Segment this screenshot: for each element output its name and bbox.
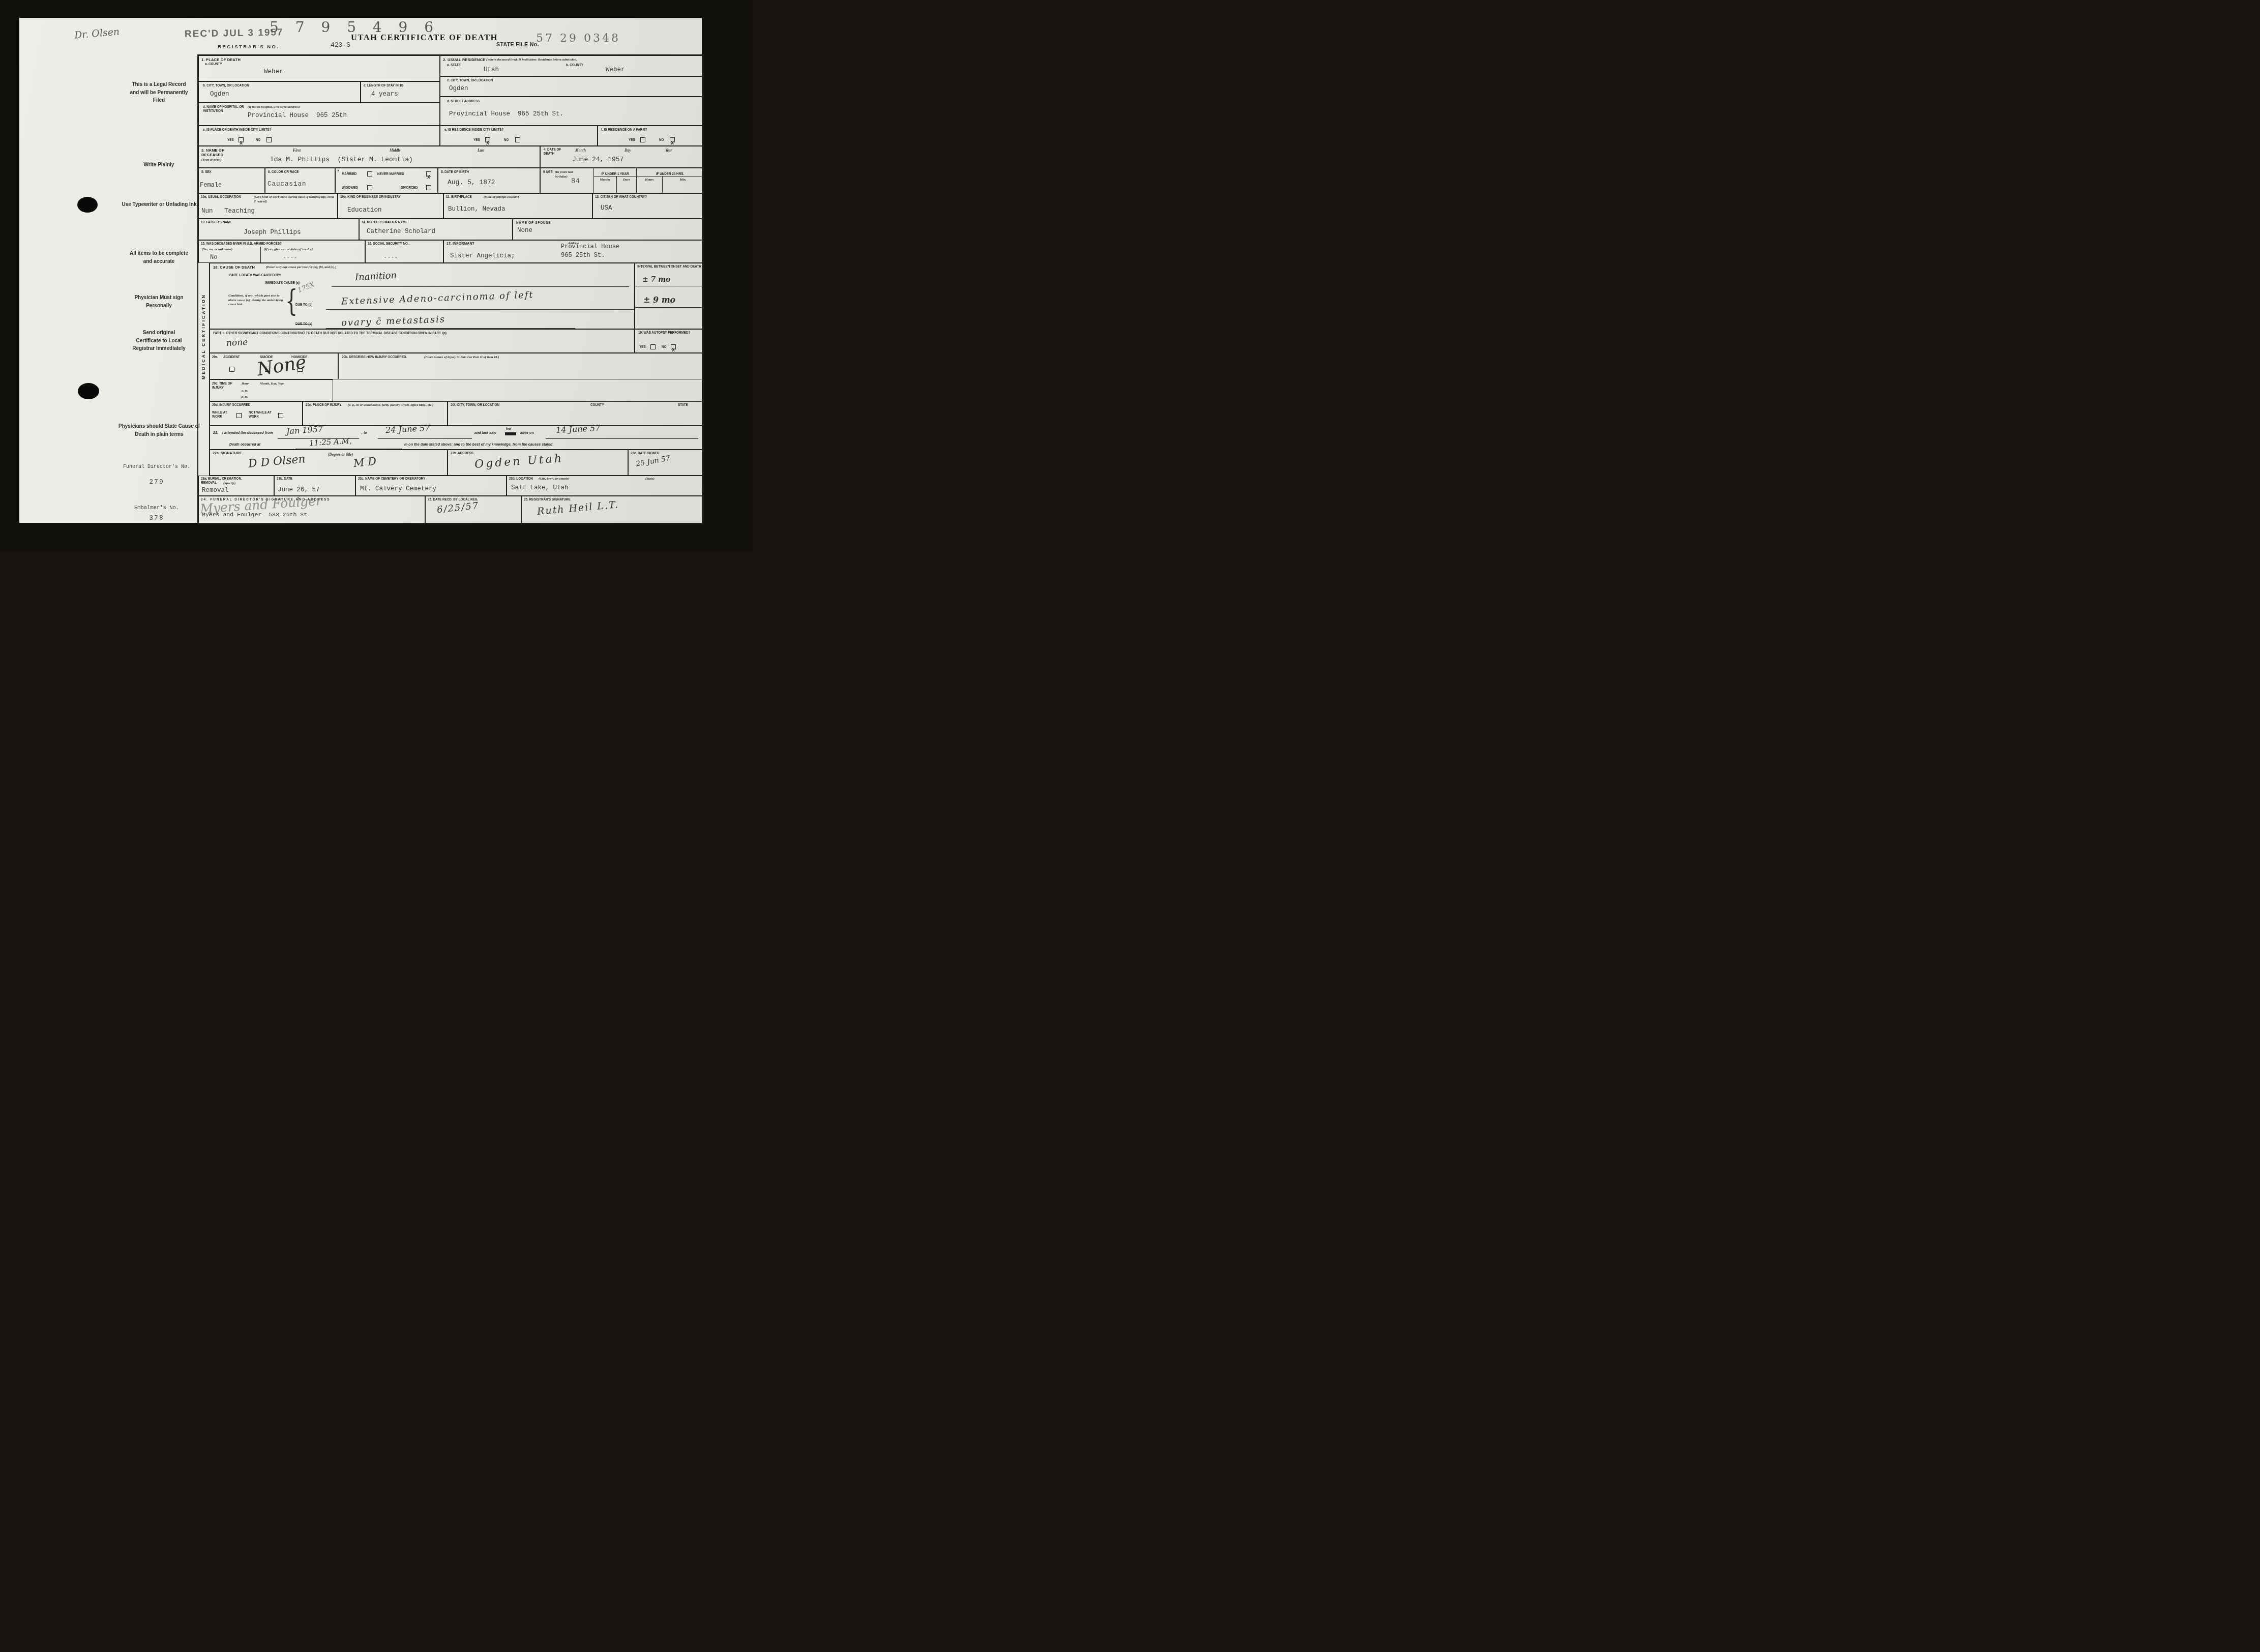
- cell-22c: 22c. DATE SIGNED 25 Jun 57: [628, 450, 703, 476]
- s2e-label: e. IS RESIDENCE INSIDE CITY LIMITS?: [444, 128, 503, 132]
- s7-never-married-mark: X: [427, 175, 430, 180]
- s18-due-c-label: DUE TO (c): [295, 322, 312, 327]
- s2a-label: a. STATE: [447, 64, 461, 68]
- s21-text2: , to: [362, 431, 367, 436]
- s14-value: Catherine Scholard: [367, 228, 435, 235]
- s19-yes-label: YES: [639, 345, 646, 349]
- s1e-label: e. IS PLACE OF DEATH INSIDE CITY LIMITS?: [203, 128, 271, 132]
- s2e-yes-label: YES: [473, 138, 480, 142]
- cell-23a: 23a. BURIAL, CREMATION, REMOVAL (Specify…: [198, 476, 274, 496]
- margin-write-plainly: Write Plainly: [127, 161, 191, 169]
- cell-22b: 22b. ADDRESS Ogden Utah: [448, 450, 628, 476]
- registrars-no-value: 423-S: [331, 41, 350, 49]
- s22a-degree-value: M D: [353, 455, 377, 470]
- s21-text6: m on the date stated above; and to the b…: [404, 443, 554, 448]
- s2c-label: c. CITY, TOWN, OR LOCATION: [447, 79, 493, 83]
- s17-value: Sister Angelicia;: [450, 252, 515, 259]
- s23b-value: June 26, 57: [278, 486, 320, 493]
- s23b-title: 23b. DATE: [277, 477, 292, 481]
- s22c-value: 25 Jun 57: [635, 454, 671, 468]
- received-stamp: REC'D JUL 3 1957: [185, 27, 284, 40]
- s2f-label: f. IS RESIDENCE ON A FARM?: [601, 128, 647, 132]
- s18-part1: PART I. DEATH WAS CAUSED BY:: [229, 274, 281, 278]
- cell-7: 7 MARRIED NEVER MARRIED X WIDOWED DIVORC…: [335, 168, 438, 193]
- s23d-state-hint: (State): [645, 477, 655, 482]
- cell-1d: d. NAME OF HOSPITAL OR INSTITUTION (If n…: [198, 103, 440, 126]
- s21-text1: I attended the deceased from: [222, 431, 273, 436]
- cell-2c: c. CITY, TOWN, OR LOCATION Ogden: [440, 76, 703, 97]
- s9-under1-header: IF UNDER 1 YEAR: [593, 168, 636, 176]
- cell-2d: d. STREET ADDRESS Provincial House 965 2…: [440, 97, 703, 126]
- s3-title: 3. NAME OF DECEASED: [201, 148, 240, 157]
- cell-25: 25. DATE RECD. BY LOCAL REG. 6/25/57: [425, 496, 521, 523]
- s23c-title: 23c. NAME OF CEMETERY OR CREMATORY: [358, 477, 425, 481]
- s18-interval-b: ± 9 mo: [643, 295, 675, 305]
- s16-value: ----: [383, 254, 398, 261]
- s18-line-a: [332, 286, 629, 287]
- cell-26: 26. REGISTRAR'S SIGNATURE Ruth Heil L.T.: [521, 496, 703, 523]
- s9-months-label: Months: [594, 178, 616, 183]
- s9-under24-header: IF UNDER 24 HRS.: [636, 168, 703, 176]
- s2f-no-checkbox: X: [670, 137, 675, 142]
- certificate-form: 1. PLACE OF DEATH a. COUNTY Weber b. CIT…: [197, 54, 704, 524]
- s3-last-label: Last: [478, 148, 484, 153]
- s23a-value: Removal: [202, 487, 229, 494]
- s11-value: Bullion, Nevada: [448, 205, 505, 213]
- margin-legal-record: This is a Legal Record and will be Perma…: [127, 81, 191, 105]
- s26-title: 26. REGISTRAR'S SIGNATURE: [524, 498, 571, 502]
- s17-address2: 965 25th St.: [561, 252, 605, 259]
- s20f-county-label: COUNTY: [590, 403, 604, 407]
- s21-line3: [546, 438, 698, 439]
- spouse-title: NAME OF SPOUSE: [516, 221, 551, 225]
- s21-her-smudge: [505, 432, 516, 435]
- cell-1b: b. CITY, TOWN, OR LOCATION Ogden: [198, 81, 361, 103]
- s1a-value: Weber: [264, 68, 283, 75]
- s2e-no-label: NO: [504, 138, 509, 142]
- s11-title: 11. BIRTHPLACE: [446, 195, 472, 199]
- cell-18: 18. CAUSE OF DEATH [Enter only one cause…: [210, 263, 635, 329]
- s10b-title: 10b. KIND OF BUSINESS OR INDUSTRY: [340, 195, 401, 199]
- s21-text5: Death occurred at: [229, 443, 260, 448]
- margin-send-original: Send original Certificate to Local Regis…: [130, 329, 188, 353]
- cell-1e: e. IS PLACE OF DEATH INSIDE CITY LIMITS?…: [198, 126, 440, 146]
- scanned-document: Dr. Olsen This is a Legal Record and wil…: [0, 0, 753, 551]
- s2d-label: d. STREET ADDRESS: [447, 100, 480, 104]
- s11-hint: (State or foreign country): [484, 195, 519, 200]
- s7-married-label: MARRIED: [342, 172, 356, 176]
- cell-20d: 20d. INJURY OCCURRED WHILE AT WORK NOT W…: [210, 401, 303, 426]
- s10a-hint: (Give kind of work done during most of w…: [254, 195, 335, 204]
- s7-never-married-label: NEVER MARRIED: [377, 172, 404, 176]
- s23d-title: 23d. LOCATION: [509, 477, 533, 481]
- cell-1a: 1. PLACE OF DEATH a. COUNTY Weber: [198, 55, 440, 81]
- s2-title: 2. USUAL RESIDENCE: [443, 57, 485, 62]
- s2-title-hint: (Where deceased lived. If institution: R…: [486, 58, 700, 63]
- margin-plain-terms: Physicians should State Cause of Death i…: [116, 423, 202, 438]
- s10a-title: 10a. USUAL OCCUPATION: [201, 195, 241, 199]
- s22b-value: Ogden Utah: [474, 452, 563, 471]
- s20f-title: 20f. CITY, TOWN, OR LOCATION: [451, 403, 499, 407]
- s12-value: USA: [601, 204, 612, 212]
- s9-hours-cell: Hours: [636, 176, 662, 194]
- s23d-value: Salt Lake, Utah: [511, 484, 569, 491]
- s1c-label: c. LENGTH OF STAY IN 1b: [364, 84, 403, 88]
- s4-title: 4. DATE OF DEATH: [544, 148, 567, 156]
- cell-19: 19. WAS AUTOPSY PERFORMED? YES NO X: [635, 329, 703, 353]
- s22a-degree-label: (Degree or title): [328, 452, 353, 457]
- s1e-no-checkbox: [266, 137, 272, 142]
- s20d-title: 20d. INJURY OCCURRED: [212, 403, 250, 407]
- s21-line2: [378, 438, 472, 439]
- s2a-value: Utah: [484, 66, 499, 73]
- punch-hole-bottom: [78, 383, 99, 399]
- medical-certification-strip: MEDICAL CERTIFICATION: [198, 263, 210, 476]
- s9-under1-label: IF UNDER 1 YEAR: [601, 172, 629, 176]
- s15-hint1: (Yes, no, or unknown): [202, 248, 258, 252]
- s2e-yes-checkbox: X: [485, 137, 490, 142]
- s1c-value: 4 years: [371, 91, 398, 98]
- s4-year-label: Year: [665, 148, 672, 153]
- s18-interval-line-a: [635, 286, 703, 286]
- s18-interval-line-b: [635, 307, 703, 308]
- s18-c-value: ovary c̄ metastasis: [341, 314, 446, 328]
- s15-value1: No: [210, 254, 217, 261]
- cell-5: 5. SEX Female: [198, 168, 265, 193]
- s19-yes-checkbox: [650, 344, 656, 349]
- s1e-yes-label: YES: [227, 138, 234, 142]
- s5-title: 5. SEX: [201, 170, 212, 174]
- s2e-yes-mark: X: [486, 141, 489, 145]
- s1a-label: a. COUNTY: [205, 63, 222, 67]
- cell-16: 16. SOCIAL SECURITY NO. ----: [365, 240, 443, 263]
- s7-widowed-label: WIDOWED: [342, 186, 358, 190]
- s23c-value: Mt. Calvery Cemetery: [360, 485, 436, 492]
- s19-no-label: NO: [662, 345, 666, 349]
- cell-20f: 20f. CITY, TOWN, OR LOCATION COUNTY STAT…: [448, 401, 703, 426]
- s7-divorced-label: DIVORCED: [401, 186, 418, 190]
- s18-conditions: Conditions, if any, which gave rise to a…: [228, 294, 285, 307]
- s23a-hint: (Specify): [223, 482, 235, 486]
- s7-widowed-checkbox: [367, 185, 372, 190]
- s20b-title: 20b. DESCRIBE HOW INJURY OCCURRED.: [342, 356, 407, 360]
- s18-due-b-label: DUE TO (b): [295, 303, 312, 307]
- s21-value2: 24 June 57: [385, 423, 430, 435]
- s9-hint: (In years last birthday): [555, 170, 585, 179]
- s20c-am-label: a. m.: [242, 389, 248, 394]
- cell-12: 12. CITIZEN OF WHAT COUNTRY? USA: [592, 193, 703, 219]
- s8-value: Aug. 5, 1872: [448, 179, 495, 186]
- s18-title-hint: [Enter only one cause per line for (a), …: [266, 265, 336, 270]
- s16-title: 16. SOCIAL SECURITY NO.: [368, 242, 409, 246]
- s7-never-married-checkbox: X: [426, 171, 431, 176]
- part2-title: PART II. OTHER SIGNIFICANT CONDITIONS CO…: [213, 332, 620, 336]
- state-file-label: STATE FILE No.: [496, 42, 539, 48]
- s21-line4: [295, 449, 402, 449]
- s6-title: 6. COLOR OR RACE: [268, 170, 299, 174]
- cell-6: 6. COLOR OR RACE Caucasian: [265, 168, 335, 193]
- s17-address-label: Address: [568, 242, 579, 246]
- s10b-value: Education: [347, 206, 382, 214]
- s9-value: 84: [571, 178, 580, 186]
- s1b-label: b. CITY, TOWN, OR LOCATION: [203, 84, 249, 88]
- s15-value2: ----: [283, 254, 298, 261]
- s9-days-label: Days: [617, 178, 636, 183]
- state-file-no: 57 29 0348: [536, 32, 620, 45]
- s19-no-mark: X: [672, 348, 675, 352]
- s18-interval-a: ± 7 mo: [642, 276, 670, 284]
- s20b-hint: (Enter nature of injury in Part I or Par…: [424, 356, 499, 360]
- s2f-no-label: NO: [659, 138, 664, 142]
- s20c-mdy-label: Month, Day, Year: [260, 382, 284, 387]
- s18-a-value: Inanition: [355, 270, 397, 283]
- s2b-label: b. COUNTY: [566, 64, 583, 68]
- cell-23c: 23c. NAME OF CEMETERY OR CREMATORY Mt. C…: [355, 476, 507, 496]
- cell-18-interval: INTERVAL BETWEEN ONSET AND DEATH ± 7 mo …: [635, 263, 703, 329]
- margin-handwritten-note: Dr. Olsen: [74, 26, 120, 41]
- part2-value: none: [226, 337, 248, 348]
- s8-title: 8. DATE OF BIRTH: [441, 170, 469, 174]
- s3-middle-label: Middle: [390, 148, 401, 153]
- cell-spouse: NAME OF SPOUSE None: [513, 219, 703, 240]
- s15-hint2: (If yes, give war or dates of service): [264, 248, 361, 252]
- embalmer-no: 378: [113, 514, 200, 522]
- s21-her: her: [506, 427, 512, 432]
- cell-2ab: 2. USUAL RESIDENCE (Where deceased lived…: [440, 55, 703, 76]
- embalmer-no-label: Embalmer's No.: [113, 505, 200, 511]
- s2c-value: Ogden: [449, 85, 468, 92]
- margin-use-typewriter: Use Typewriter or Unfading Ink: [121, 201, 197, 209]
- s4-day-label: Day: [625, 148, 631, 153]
- s20d-while-checkbox: [236, 413, 242, 418]
- cell-3: 3. NAME OF DECEASED (Type or print) Firs…: [198, 146, 540, 168]
- cell-2e: e. IS RESIDENCE INSIDE CITY LIMITS? YES …: [440, 126, 598, 146]
- cell-13: 13. FATHER'S NAME Joseph Phillips: [198, 219, 359, 240]
- s18-title: 18. CAUSE OF DEATH: [213, 265, 255, 270]
- cell-1c: c. LENGTH OF STAY IN 1b 4 years: [361, 81, 440, 103]
- certificate-title: UTAH CERTIFICATE OF DEATH: [351, 33, 498, 43]
- s2f-yes-label: YES: [629, 138, 635, 142]
- s3-first-label: First: [293, 148, 301, 153]
- s22b-title: 22b. ADDRESS: [451, 452, 473, 456]
- cell-22a: 22a. SIGNATURE (Degree or title) D D Ols…: [210, 450, 448, 476]
- cell-20b: 20b. DESCRIBE HOW INJURY OCCURRED. (Ente…: [338, 353, 703, 379]
- cell-part2: PART II. OTHER SIGNIFICANT CONDITIONS CO…: [210, 329, 635, 353]
- cell-2f: f. IS RESIDENCE ON A FARM? YES NO X: [598, 126, 703, 146]
- s6-value: Caucasian: [267, 181, 307, 188]
- funeral-director-no-label: Funeral Director's No.: [116, 464, 197, 470]
- s9-hours-label: Hours: [637, 178, 662, 183]
- s7-married-checkbox: [367, 171, 372, 176]
- s2b-value: Weber: [606, 66, 625, 73]
- s9-title: 9 AGE: [543, 170, 553, 174]
- s21-value1: Jan 1957: [286, 424, 323, 436]
- s12-title: 12. CITIZEN OF WHAT COUNTRY?: [595, 195, 647, 199]
- s3-hint: (Type or print): [201, 158, 222, 163]
- cell-10a: 10a. USUAL OCCUPATION (Give kind of work…: [198, 193, 338, 219]
- registrars-no-label: REGISTRAR'S NO.: [218, 44, 280, 50]
- s18-line-b: [326, 309, 634, 310]
- s9-min-label: Min.: [663, 178, 703, 183]
- s10a-value: Nun Teaching: [201, 208, 255, 215]
- cell-8: 8. DATE OF BIRTH Aug. 5, 1872: [438, 168, 540, 193]
- s9-months-cell: Months: [593, 176, 616, 194]
- cell-10b: 10b. KIND OF BUSINESS OR INDUSTRY Educat…: [338, 193, 443, 219]
- s5-value: Female: [200, 182, 222, 189]
- s9-under24-label: IF UNDER 24 HRS.: [656, 172, 684, 176]
- s18-b-value: Extensive Adeno-carcinoma of left: [341, 289, 534, 307]
- s1d-value: Provincial House 965 25th: [248, 112, 347, 119]
- s20d-while-label: WHILE AT WORK: [212, 411, 234, 419]
- cell-24: 24. FUNERAL DIRECTOR'S SIGNATURE AND ADD…: [198, 496, 425, 523]
- s3-value: Ida M. Phillips (Sister M. Leontia): [270, 156, 413, 163]
- spouse-value: None: [517, 227, 532, 234]
- s7-divorced-checkbox: [426, 185, 431, 190]
- cell-14: 14. MOTHER'S MAIDEN NAME Catherine Schol…: [359, 219, 513, 240]
- s2d-value: Provincial House 965 25th St.: [449, 110, 563, 117]
- s1e-yes-mark: X: [240, 141, 243, 145]
- cell-21: 21. I attended the deceased from Jan 195…: [210, 426, 703, 450]
- cell-20e: 20e. PLACE OF INJURY (e. g., in or about…: [303, 401, 448, 426]
- s20f-state-label: STATE: [678, 403, 688, 407]
- s4-month-label: Month: [575, 148, 586, 153]
- cell-23b: 23b. DATE June 26, 57: [274, 476, 355, 496]
- s21-number: 21.: [213, 431, 218, 436]
- s23d-hint: (City, town, or county): [539, 477, 570, 482]
- s13-title: 13. FATHER'S NAME: [201, 221, 232, 225]
- s1b-value: Ogden: [210, 91, 229, 98]
- s20a-accident-checkbox: [229, 367, 234, 372]
- s21-text3: and last saw: [474, 431, 496, 436]
- s22c-title: 22c. DATE SIGNED: [631, 452, 660, 456]
- cell-17: 17. INFORMANT Provincial House Address S…: [443, 240, 703, 263]
- s15-divider: [260, 247, 261, 263]
- s20c-hour-label: Hour: [242, 382, 249, 387]
- s21-value4: 11:25 A.M,: [309, 436, 352, 448]
- s19-title: 19. WAS AUTOPSY PERFORMED?: [638, 331, 699, 335]
- s21-value3: 14 June 57: [556, 423, 601, 435]
- s17-title: 17. INFORMANT: [447, 242, 474, 247]
- s18-brace: {: [285, 284, 298, 318]
- s15-title: 15. WAS DECEASED EVER IN U.S. ARMED FORC…: [201, 242, 282, 246]
- s2f-no-mark: X: [671, 141, 674, 145]
- margin-all-items: All items to be complete and accurate: [127, 250, 191, 265]
- punch-hole-top: [77, 197, 98, 213]
- s20d-notwhile-label: NOT WHILE AT WORK: [249, 411, 275, 419]
- cell-23d: 23d. LOCATION (City, town, or county) (S…: [507, 476, 703, 496]
- cell-4: 4. DATE OF DEATH Month Day Year June 24,…: [540, 146, 703, 168]
- s21-text4: alive on: [520, 431, 534, 436]
- s20d-notwhile-checkbox: [278, 413, 283, 418]
- s9-days-cell: Days: [616, 176, 636, 194]
- s1-title: 1. PLACE OF DEATH: [201, 57, 241, 62]
- cell-9: 9 AGE (In years last birthday) 84 IF UND…: [540, 168, 703, 193]
- s1e-yes-checkbox: X: [239, 137, 244, 142]
- s18-line-c: [326, 328, 575, 329]
- s25-value: 6/25/57: [436, 500, 480, 516]
- s1d-hint: (If not in hospital, give street address…: [248, 105, 300, 110]
- certificate-paper: Dr. Olsen This is a Legal Record and wil…: [19, 18, 702, 523]
- s7-number: 7: [337, 170, 339, 174]
- s2e-no-checkbox: [515, 137, 520, 142]
- s22a-title: 22a. SIGNATURE: [213, 452, 242, 456]
- s20a-accident-label: ACCIDENT: [223, 356, 240, 360]
- s22a-signature: D D Olsen: [248, 453, 306, 470]
- s20e-title: 20e. PLACE OF INJURY: [306, 403, 341, 407]
- s4-value: June 24, 1957: [572, 156, 623, 163]
- margin-physician-sign: Physician Must sign Personally: [127, 294, 191, 310]
- s19-no-checkbox: X: [671, 344, 676, 349]
- cell-20c: 20c. TIME OF INJURY Hour a. m. p. m. Mon…: [210, 379, 333, 401]
- s20c-pm-label: p. m.: [242, 395, 248, 400]
- s18-interval-label: INTERVAL BETWEEN ONSET AND DEATH: [635, 265, 703, 269]
- s2f-yes-checkbox: [640, 137, 645, 142]
- medical-certification-label: MEDICAL CERTIFICATION: [201, 293, 206, 379]
- funeral-director-no: 279: [116, 478, 197, 486]
- s13-value: Joseph Phillips: [244, 229, 301, 236]
- s9-min-cell: Min.: [662, 176, 703, 194]
- s20a-number: 20a.: [212, 356, 218, 360]
- s14-title: 14. MOTHER'S MAIDEN NAME: [362, 221, 407, 225]
- s1e-no-label: NO: [256, 138, 260, 142]
- cell-11: 11. BIRTHPLACE (State or foreign country…: [443, 193, 592, 219]
- s20e-hint: (e. g., in or about home, farm, factory,…: [348, 403, 439, 408]
- cell-15: 15. WAS DECEASED EVER IN U.S. ARMED FORC…: [198, 240, 365, 263]
- s1d-label: d. NAME OF HOSPITAL OR INSTITUTION: [203, 105, 245, 113]
- s20c-title: 20c. TIME OF INJURY: [212, 382, 240, 390]
